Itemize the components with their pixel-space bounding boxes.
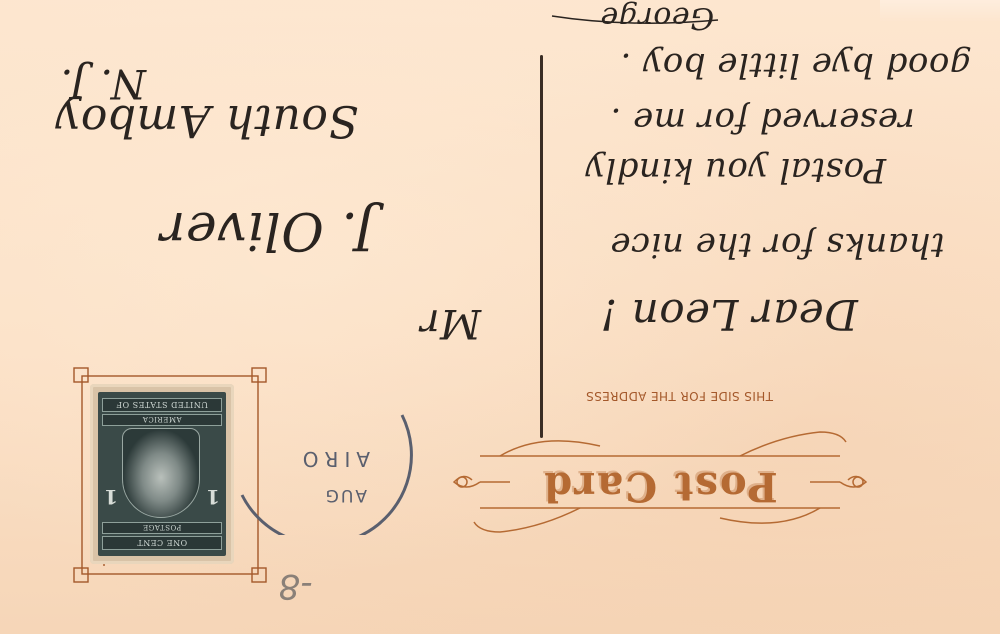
stamp-postage-label: POSTAGE [102, 522, 222, 534]
message-line: Dear Leon ! [600, 290, 858, 339]
address-name: J. Oliver [160, 200, 375, 260]
signature-underline-icon [550, 10, 720, 30]
postage-stamp: ONE CENT POSTAGE 1 1 AMERICA UNITED STAT… [90, 384, 234, 564]
postmark-city: AIRO [297, 447, 370, 471]
postmark-month: AUG [324, 485, 367, 505]
stamp-value-right: 1 [104, 482, 118, 512]
stamp-denomination: ONE CENT [102, 536, 222, 550]
message-line: Postal you kindly [585, 150, 886, 190]
stamp-country: UNITED STATES OF [102, 398, 222, 412]
paper-wear [880, 0, 1000, 22]
postmark: AUG AIRO [232, 395, 422, 535]
stamp-design: ONE CENT POSTAGE 1 1 AMERICA UNITED STAT… [98, 392, 226, 556]
message-line: thanks for the nice [610, 225, 945, 265]
post-card-title: Post Card [510, 463, 810, 510]
pencil-mark: -8 [278, 566, 313, 606]
message-line: reserved for me . [610, 100, 915, 140]
stamp-value-left: 1 [206, 482, 220, 512]
divider-line [540, 55, 543, 438]
stamp-portrait-icon [122, 428, 200, 518]
address-side-label: THIS SIDE FOR THE ADDRESS [548, 387, 773, 405]
address-salutation: Mr [420, 300, 481, 346]
postcard-back: THIS SIDE FOR THE ADDRESS Post Card [0, 0, 1000, 634]
address-state: N. J. [60, 60, 146, 106]
message-line: good bye little boy . [620, 45, 972, 85]
stamp-country-word: AMERICA [102, 414, 222, 426]
post-card-banner: Post Card [440, 428, 880, 538]
